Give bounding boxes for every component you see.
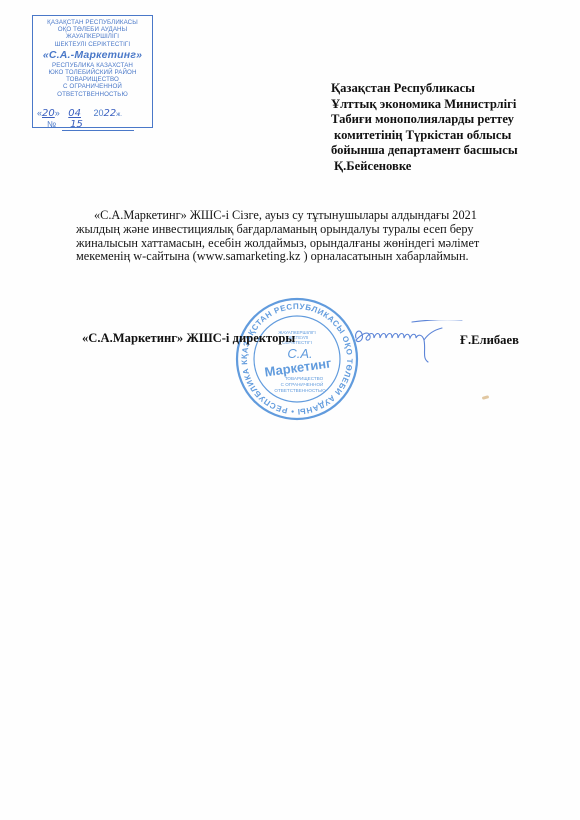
stamp-line: ЖАУАПКЕРШІЛІГІ	[33, 33, 152, 40]
date-month: 04	[68, 108, 81, 119]
date-year-prefix: 20	[94, 108, 104, 118]
body-line: «С.А.Маркетинг» ЖШС-і Сізге, ауыз су тұт…	[88, 209, 540, 223]
signatory-title: «С.А.Маркетинг» ЖШС-і директоры	[82, 331, 295, 346]
svg-text:ОТВЕТСТВЕННОСТЬЮ: ОТВЕТСТВЕННОСТЬЮ	[274, 388, 326, 393]
addressee-line: комитетінің Түркістан облысы	[331, 128, 561, 144]
number-label: №	[47, 119, 56, 129]
company-seal: ҚАЗАҚСТАН РЕСПУБЛИКАСЫ ОҚО ТӨЛЕБИ АУДАНЫ…	[234, 296, 360, 422]
stamp-line: ОТВЕТСТВЕННОСТЬЮ	[33, 91, 152, 98]
date-year-suffix: ж.	[116, 112, 122, 118]
svg-text:С ОГРАНИЧЕННОЙ: С ОГРАНИЧЕННОЙ	[281, 380, 324, 387]
handwritten-signature	[352, 320, 464, 380]
addressee-line: Табиғи монополияларды реттеу	[331, 112, 561, 128]
addressee-line: Ұлттық экономика Министрлігі	[331, 97, 561, 113]
date-year-hand: 22	[104, 108, 117, 119]
body-line: жиналысын хаттамасын, есебін жолдаймыз, …	[76, 237, 540, 251]
stamp-company-name: «С.А.-Маркетинг»	[33, 49, 152, 61]
letter-body: «С.А.Маркетинг» ЖШС-і Сізге, ауыз су тұт…	[88, 209, 540, 264]
stamp-line: С ОГРАНИЧЕННОЙ	[33, 83, 152, 90]
addressee-line: Қазақстан Республикасы	[331, 81, 561, 97]
stamp-line: РЕСПУБЛИКА КАЗАХСТАН	[33, 62, 152, 69]
body-line: жылдың және инвестициялық бағдарламаның …	[76, 223, 540, 237]
date-close-quote: »	[55, 108, 60, 118]
addressee-line: Қ.Бейсеновке	[331, 159, 561, 175]
document-page: ҚАЗАҚСТАН РЕСПУБЛИКАСЫ ОҚО ТӨЛЕБИ АУДАНЫ…	[0, 0, 580, 820]
stamp-date: «20» 04 2022ж.	[37, 107, 149, 119]
stamp-line: ОҚО ТӨЛЕБИ АУДАНЫ	[33, 26, 152, 33]
registration-stamp: ҚАЗАҚСТАН РЕСПУБЛИКАСЫ ОҚО ТӨЛЕБИ АУДАНЫ…	[32, 15, 153, 128]
scan-speck	[482, 395, 490, 400]
stamp-number: №15	[47, 119, 147, 131]
addressee-block: Қазақстан Республикасы Ұлттық экономика …	[331, 81, 561, 175]
stamp-line: ШЕКТЕУЛІ СЕРІКТЕСТІГІ	[33, 41, 152, 48]
number-value: 15	[70, 119, 83, 130]
stamp-line: ЮКО ТОЛЕБИЙСКИЙ РАЙОН	[33, 69, 152, 76]
svg-text:ТОВАРИЩЕСТВО: ТОВАРИЩЕСТВО	[285, 376, 324, 381]
date-day: 20	[42, 108, 55, 119]
signatory-name: Ғ.Елибаев	[460, 333, 519, 348]
body-line: мекеменің w-сайтына (www.samarketing.kz …	[76, 250, 540, 264]
addressee-line: бойынша департамент басшысы	[331, 143, 561, 159]
stamp-line: ҚАЗАҚСТАН РЕСПУБЛИКАСЫ	[33, 19, 152, 26]
